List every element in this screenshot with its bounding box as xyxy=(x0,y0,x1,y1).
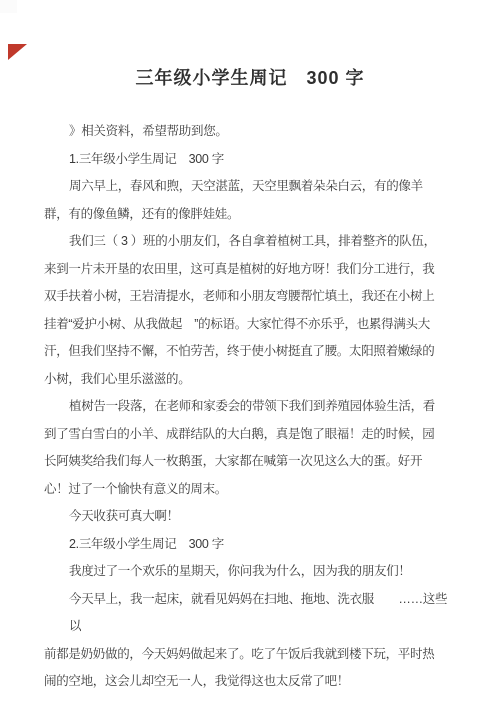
text-line: 1.三年级小学生周记 300 字 xyxy=(44,146,456,174)
text-line: 周六早上，春风和煦，天空湛蓝，天空里飘着朵朵白云，有的像羊 xyxy=(44,173,456,201)
text-line: 来到一片未开垦的农田里，这可真是植树的好地方呀！我们分工进行，我 xyxy=(44,256,456,284)
text-line: 》相关资料，希望帮助到您。 xyxy=(44,118,456,146)
red-triangle-marker xyxy=(8,44,27,60)
page-title: 三年级小学生周记 300 字 xyxy=(0,0,500,90)
text-line: 我度过了一个欢乐的星期天，你问我为什么，因为我的朋友们！ xyxy=(44,558,456,586)
text-line: 我们三（ 3 ）班的小朋友们，各自拿着植树工具，排着整齐的队伍， xyxy=(44,228,456,256)
text-line: 到了雪白雪白的小羊、成群结队的大白鹅，真是饱了眼福！走的时候，园 xyxy=(44,421,456,449)
text-line: 双手扶着小树，王岩清提水，老师和小朋友弯腰帮忙填土，我还在小树上 xyxy=(44,283,456,311)
text-line: 群，有的像鱼鳞，还有的像胖娃娃。 xyxy=(44,201,456,229)
text-line: 汗，但我们坚持不懈，不怕劳苦，终于使小树挺直了腰。太阳照着嫩绿的 xyxy=(44,338,456,366)
document-body: 》相关资料，希望帮助到您。 1.三年级小学生周记 300 字 周六早上，春风和煦… xyxy=(0,118,500,696)
corner-shade xyxy=(0,0,17,13)
text-line: 前都是奶奶做的，今天妈妈做起来了。吃了午饭后我就到楼下玩，平时热 xyxy=(44,641,456,669)
text-line: 闹的空地，这会儿却空无一人，我觉得这也太反常了吧！ xyxy=(44,668,456,696)
text-line: 小树，我们心里乐滋滋的。 xyxy=(44,366,456,394)
text-line: 植树告一段落，在老师和家委会的带领下我们到养殖园体验生活，看 xyxy=(44,393,456,421)
text-line: 2.三年级小学生周记 300 字 xyxy=(44,531,456,559)
text-line: 今天早上，我一起床，就看见妈妈在扫地、拖地、洗衣服 ……这些以 xyxy=(44,586,456,641)
document-page: 三年级小学生周记 300 字 》相关资料，希望帮助到您。 1.三年级小学生周记 … xyxy=(0,0,500,708)
text-line: 心！过了一个愉快有意义的周末。 xyxy=(44,476,456,504)
text-line: 今天收获可真大啊！ xyxy=(44,503,456,531)
text-line: 长阿姨奖给我们每人一枚鹅蛋，大家都在喊第一次见这么大的蛋。好开 xyxy=(44,448,456,476)
text-line: 挂着“爱护小树、从我做起 ”的标语。大家忙得不亦乐乎，也累得满头大 xyxy=(44,311,456,339)
